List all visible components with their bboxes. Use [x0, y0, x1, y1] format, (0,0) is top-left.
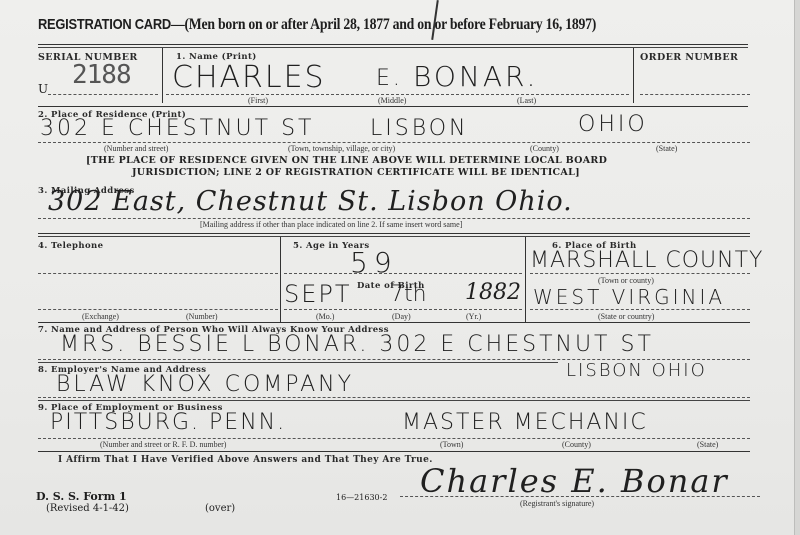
divider — [525, 237, 526, 322]
county-sublabel: (County) — [530, 144, 559, 153]
residence-notice-line1: [THE PLACE OF RESIDENCE GIVEN ON THE LIN… — [86, 155, 607, 166]
residence-line — [38, 142, 750, 143]
employment-street-sublabel: (Number and street or R. F. D. number) — [100, 440, 226, 449]
year-sublabel: (Yr.) — [466, 312, 481, 321]
state-sublabel: (State) — [656, 144, 677, 153]
birth-state-sublabel: (State or country) — [598, 312, 654, 321]
serial-number-value: 2188 — [72, 60, 131, 90]
mailing-address-value: 302 East, Chestnut St. Lisbon Ohio. — [48, 186, 573, 217]
first-name-value: CHARLES — [172, 60, 326, 95]
divider — [38, 44, 748, 45]
residence-notice-line2: JURISDICTION; LINE 2 OF REGISTRATION CER… — [132, 167, 580, 178]
divider — [38, 322, 750, 323]
employment-place-value: PITTSBURG. PENN. — [50, 410, 286, 435]
form-name: D. S. S. Form 1 — [36, 490, 127, 503]
employment-line — [38, 438, 750, 439]
middle-name-value: E. — [376, 66, 403, 91]
birth-county-sublabel: (Town or county) — [598, 276, 654, 285]
dob-line — [284, 309, 522, 310]
divider — [38, 451, 750, 452]
last-name-value: BONAR. — [413, 60, 538, 93]
month-sublabel: (Mo.) — [316, 312, 334, 321]
divider — [38, 106, 748, 107]
print-code: 16—21630-2 — [336, 493, 387, 502]
title-text: REGISTRATION CARD — [38, 16, 171, 33]
order-number-label: ORDER NUMBER — [640, 52, 738, 63]
divider — [280, 237, 281, 322]
affirmation-text: I Affirm That I Have Verified Above Answ… — [58, 455, 433, 465]
divider — [633, 48, 634, 103]
title-subtitle: —(Men born on or after April 28, 1877 an… — [171, 16, 596, 33]
over-note: (over) — [205, 503, 235, 514]
birth-county-line — [530, 273, 750, 274]
exchange-sublabel: (Exchange) — [82, 312, 119, 321]
divider — [38, 400, 750, 401]
card-title: REGISTRATION CARD—(Men born on or after … — [38, 16, 596, 34]
employment-town-sublabel: (Town) — [440, 440, 463, 449]
employer-line — [38, 397, 750, 398]
card-edge — [794, 0, 800, 535]
signature-line — [400, 496, 760, 497]
name-line — [166, 94, 629, 95]
first-sublabel: (First) — [248, 96, 268, 105]
birth-county-value: MARSHALL COUNTY — [530, 248, 764, 273]
residence-town-value: LISBON — [370, 116, 469, 141]
order-number-line — [640, 94, 750, 95]
telephone-line-2 — [38, 309, 278, 310]
divider — [38, 47, 748, 48]
mailing-address-note: [Mailing address if other than place ind… — [200, 220, 462, 229]
residence-street-value: 302 E CHESTNUT ST — [40, 116, 314, 141]
street-sublabel: (Number and street) — [104, 144, 168, 153]
registrant-signature: Charles E. Bonar — [420, 462, 729, 500]
number-sublabel: (Number) — [186, 312, 218, 321]
divider — [38, 233, 750, 234]
serial-line — [48, 94, 158, 95]
birth-state-line — [530, 309, 750, 310]
divider — [38, 236, 750, 237]
dob-year-value: 1882 — [465, 280, 521, 305]
serial-prefix: U — [38, 82, 48, 96]
registration-card: REGISTRATION CARD—(Men born on or after … — [0, 0, 794, 535]
day-sublabel: (Day) — [392, 312, 411, 321]
birth-state-value: WEST VIRGINIA — [533, 285, 725, 309]
telephone-label: 4. Telephone — [38, 241, 103, 251]
divider — [162, 48, 163, 103]
last-sublabel: (Last) — [517, 96, 536, 105]
employment-county-sublabel: (County) — [562, 440, 591, 449]
dob-month-value: SEPT — [284, 280, 352, 308]
middle-sublabel: (Middle) — [378, 96, 406, 105]
age-value: 59 — [350, 246, 398, 279]
residence-state-value: OHIO — [578, 112, 648, 137]
contact-person-line1: MRS. BESSIE L BONAR. 302 E CHESTNUT ST — [60, 332, 654, 357]
form-revision: (Revised 4-1-42) — [46, 503, 129, 514]
occupation-value: MASTER MECHANIC — [402, 410, 648, 435]
mailing-line — [38, 218, 750, 219]
divider — [38, 362, 558, 363]
dob-day-value: 7th — [390, 282, 427, 307]
contact-person-line2: LISBON OHIO — [566, 360, 707, 381]
telephone-line-1 — [38, 273, 278, 274]
employment-state-sublabel: (State) — [697, 440, 718, 449]
town-sublabel: (Town, township, village, or city) — [288, 144, 395, 153]
employer-value: BLAW KNOX COMPANY — [56, 372, 354, 397]
age-line — [284, 273, 522, 274]
signature-label: (Registrant's signature) — [520, 499, 594, 508]
